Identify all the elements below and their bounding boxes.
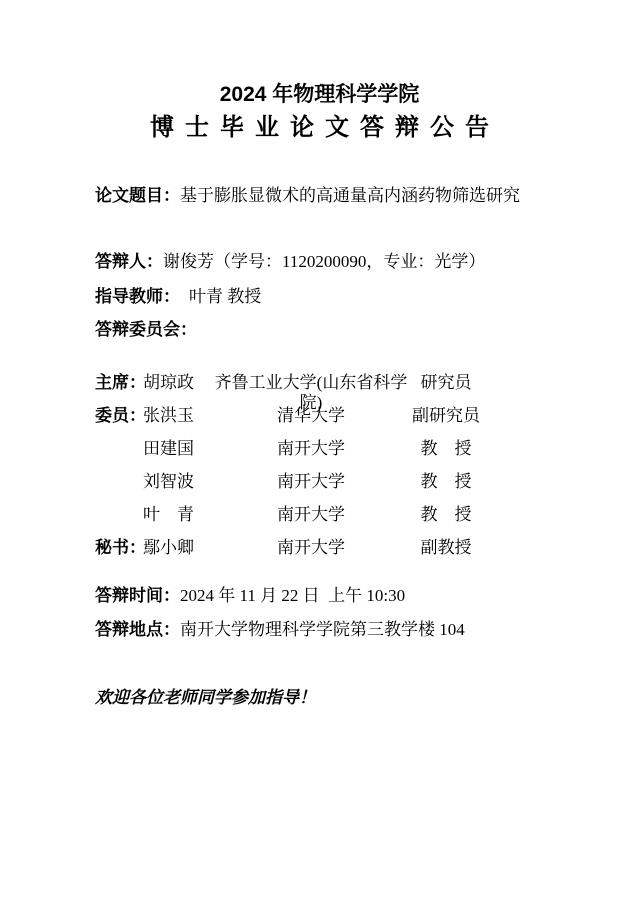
thesis-title-label: 论文题目： — [95, 186, 180, 205]
supervisor-line: 指导教师：叶青 教授 — [95, 287, 579, 307]
page-title-year-college: 2024 年物理科学学院 — [0, 83, 639, 107]
defense-announcement-page: 2024 年物理科学学院 博士毕业论文答辩公告 论文题目：基于膨胀显微术的高通量… — [0, 0, 639, 904]
committee-heading: 答辩委员会： — [95, 320, 579, 340]
defender-value: 谢俊芳（学号：1120200090，专业：光学） — [163, 252, 485, 271]
table-row: 刘智波南开大学教 授 — [95, 452, 585, 485]
defender-line: 答辩人：谢俊芳（学号：1120200090，专业：光学） — [95, 252, 579, 272]
committee-role: 秘书： — [95, 538, 147, 558]
committee-member-affiliation: 南开大学 — [207, 538, 415, 558]
table-row: 主席：胡琼政齐鲁工业大学(山东省科学院)研究员 — [95, 353, 585, 386]
defense-location-label: 答辩地点： — [95, 620, 180, 639]
committee-table: 主席：胡琼政齐鲁工业大学(山东省科学院)研究员 委员：张洪玉清华大学副研究员 田… — [95, 353, 585, 551]
defense-location-value: 南开大学物理科学学院第三教学楼 104 — [180, 620, 465, 639]
thesis-title-line: 论文题目：基于膨胀显微术的高通量高内涵药物筛选研究 — [95, 186, 579, 206]
defender-label: 答辩人： — [95, 252, 163, 271]
supervisor-value: 叶青 教授 — [189, 287, 261, 306]
thesis-title-value: 基于膨胀显微术的高通量高内涵药物筛选研究 — [180, 186, 520, 205]
defense-time-label: 答辩时间： — [95, 586, 180, 605]
table-row: 叶 青南开大学教 授 — [95, 485, 585, 518]
defense-time-line: 答辩时间：2024 年 11 月 22 日 上午 10:30 — [95, 586, 579, 606]
table-row: 秘书：鄢小卿南开大学副教授 — [95, 518, 585, 551]
page-title-announcement: 博士毕业论文答辩公告 — [0, 113, 639, 143]
committee-member-name: 鄢小卿 — [143, 538, 215, 558]
defense-time-value: 2024 年 11 月 22 日 上午 10:30 — [180, 586, 405, 605]
table-row: 委员：张洪玉清华大学副研究员 — [95, 386, 585, 419]
committee-member-title: 副教授 — [407, 538, 485, 558]
table-row: 田建国南开大学教 授 — [95, 419, 585, 452]
supervisor-label: 指导教师： — [95, 287, 180, 306]
welcome-note: 欢迎各位老师同学参加指导！ — [95, 688, 579, 708]
defense-location-line: 答辩地点：南开大学物理科学学院第三教学楼 104 — [95, 620, 579, 640]
